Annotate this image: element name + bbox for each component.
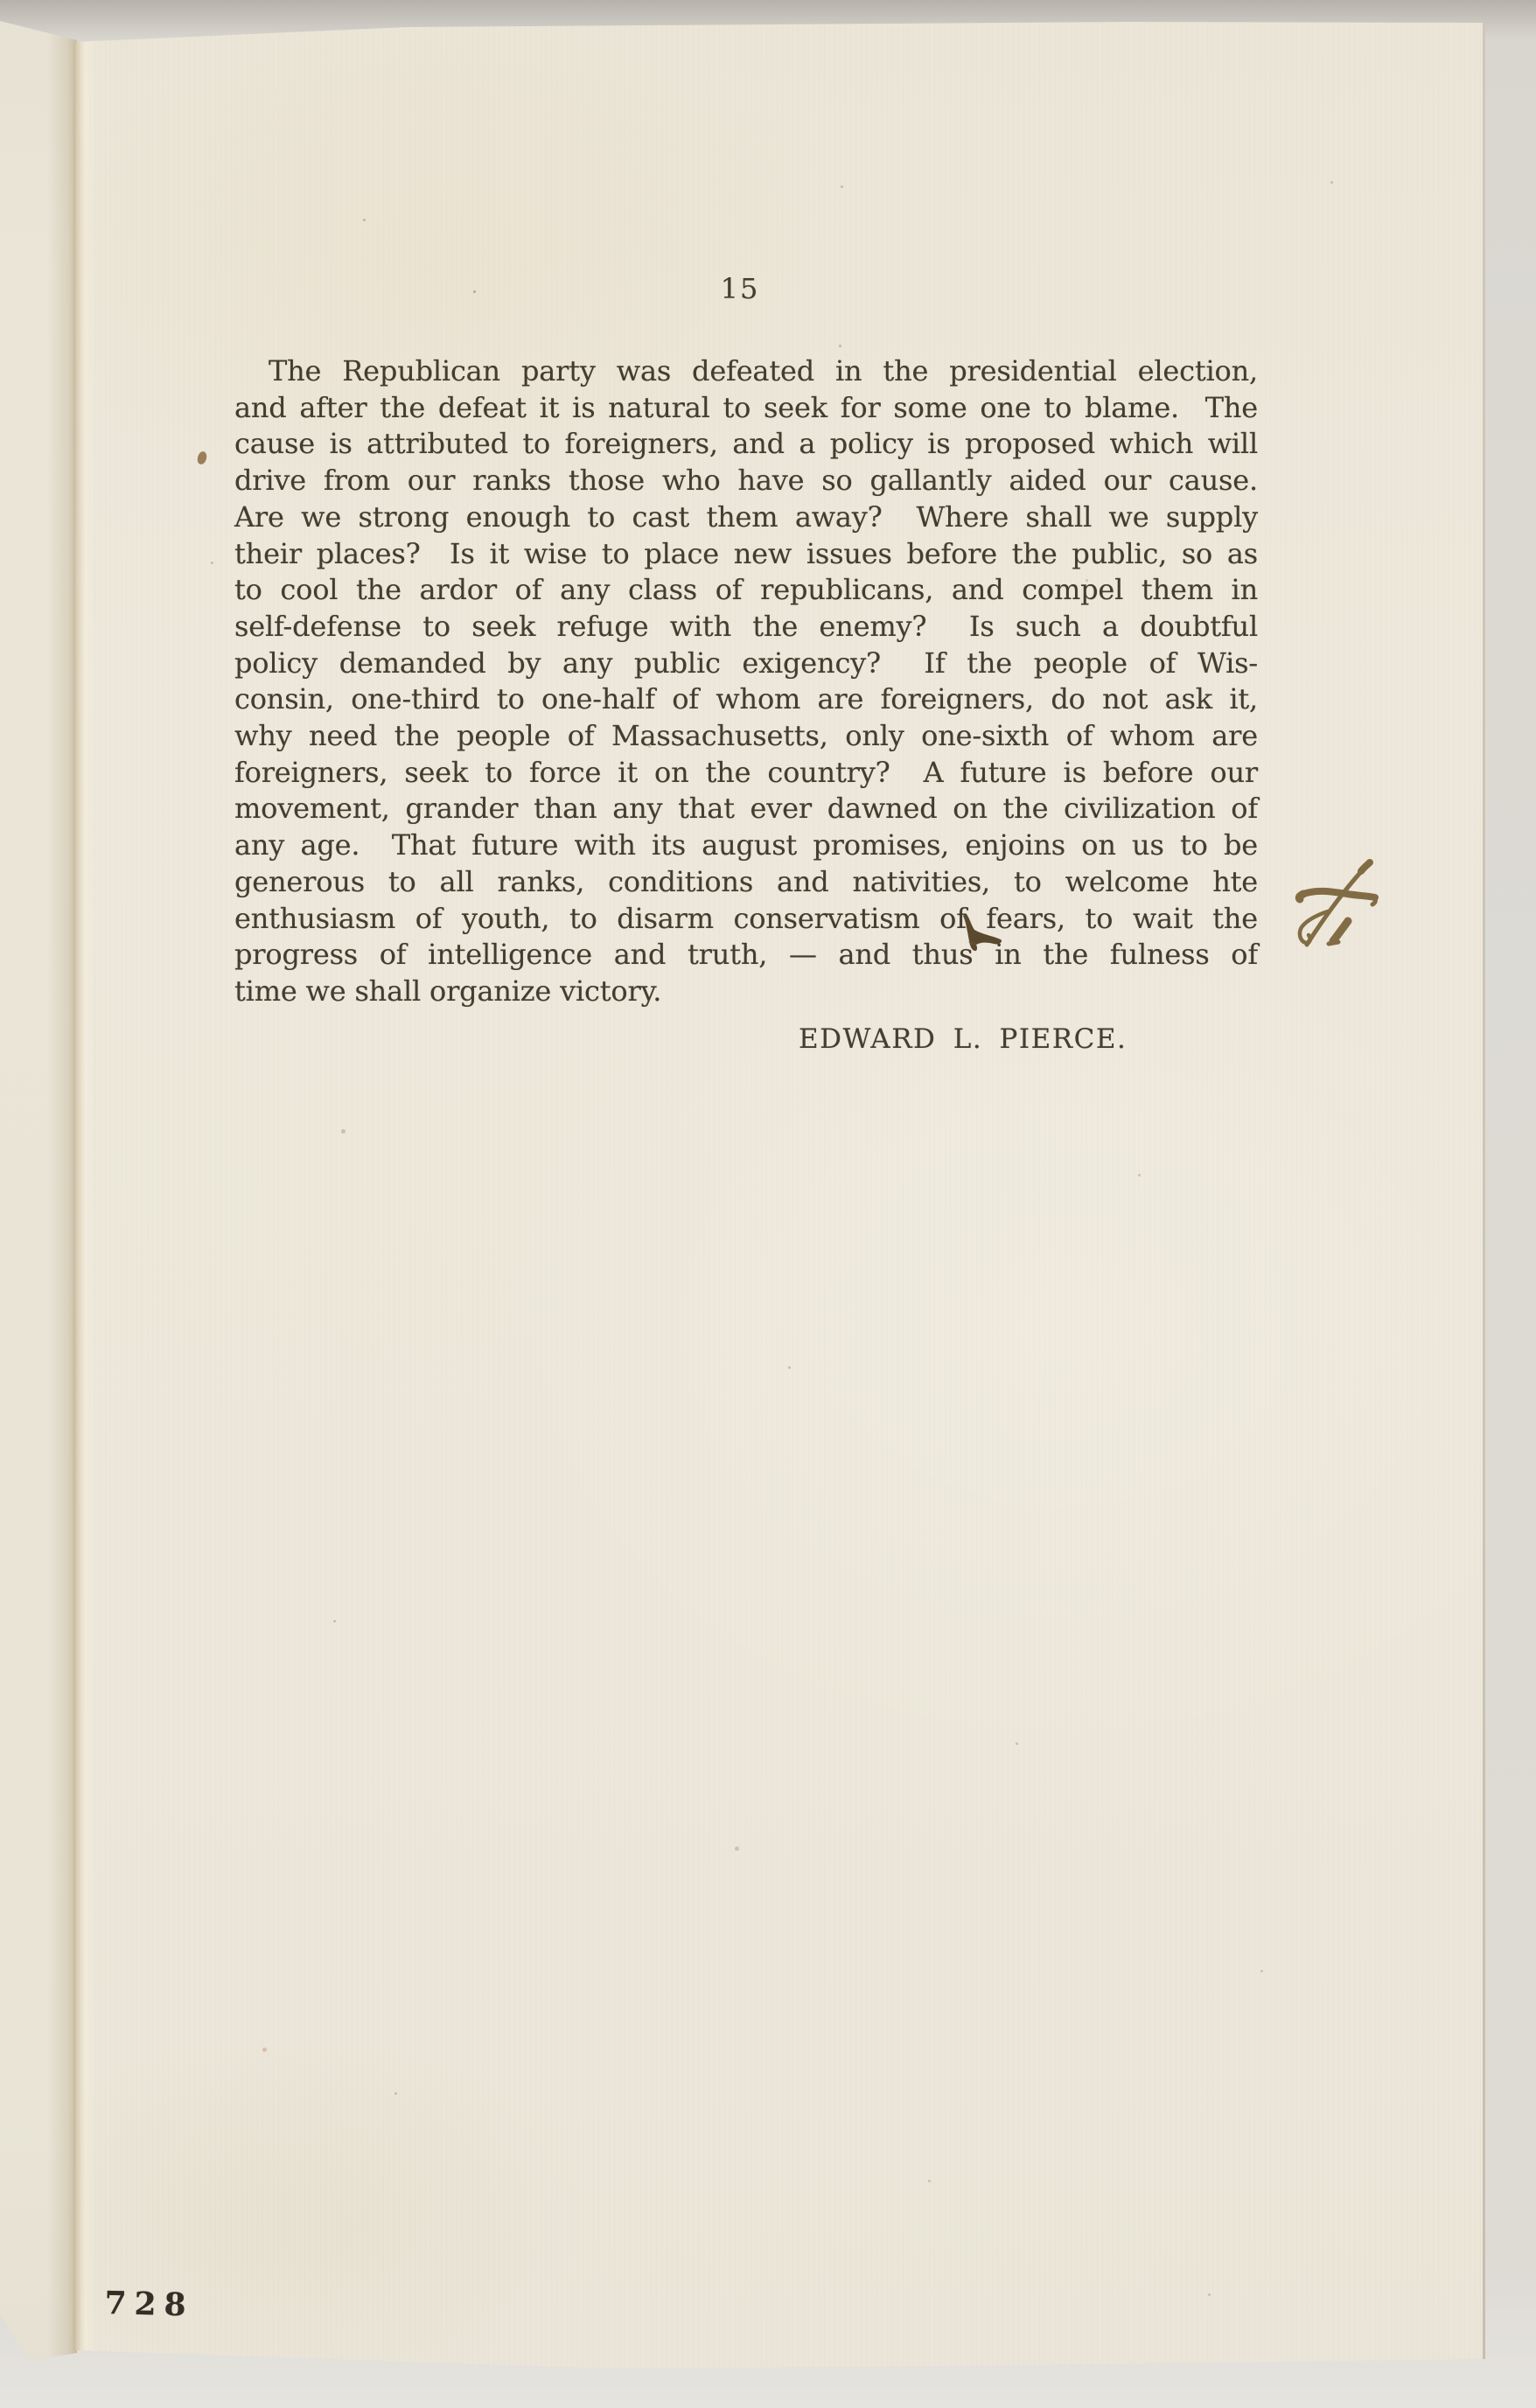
ink-blot bbox=[958, 913, 1007, 953]
text-line: time we shall organize victory. bbox=[234, 974, 1258, 1010]
text-line: to cool the ardor of any class of republ… bbox=[234, 572, 1258, 609]
text-line: consin, one-third to one-half of whom ar… bbox=[234, 681, 1258, 718]
text-line: cause is attributed to foreigners, and a… bbox=[234, 426, 1258, 463]
text-line: progress of intelligence and truth, — an… bbox=[234, 937, 1258, 974]
fold-shadow bbox=[47, 0, 77, 2408]
body-paragraph: The Republican party was defeated in the… bbox=[234, 353, 1258, 1010]
handwritten-mark bbox=[1293, 857, 1384, 950]
adjacent-page-edge bbox=[0, 0, 77, 2408]
text-line: and after the defeat it is natural to se… bbox=[234, 390, 1258, 427]
text-line: self-defense to seek refuge with the ene… bbox=[234, 609, 1258, 646]
text-line: generous to all ranks, conditions and na… bbox=[234, 864, 1258, 901]
gutter-crease bbox=[73, 0, 110, 2408]
text-line: The Republican party was defeated in the… bbox=[234, 353, 1258, 390]
text-line: drive from our ranks those who have so g… bbox=[234, 463, 1258, 499]
page-number: 15 bbox=[713, 275, 767, 303]
scan-background: 15 The Republican party was defeated in … bbox=[0, 0, 1536, 2408]
archive-number: 728 bbox=[104, 2286, 194, 2322]
text-line: why need the people of Massachusetts, on… bbox=[234, 718, 1258, 755]
paper-specks bbox=[473, 290, 476, 293]
author-signature: EDWARD L. PIERCE. bbox=[799, 1022, 1127, 1057]
text-line: their places? Is it wise to place new is… bbox=[234, 536, 1258, 573]
text-line: enthusiasm of youth, to disarm conservat… bbox=[234, 901, 1258, 938]
text-line: policy demanded by any public exigency? … bbox=[234, 646, 1258, 682]
text-line: any age. That future with its august pro… bbox=[234, 827, 1258, 864]
page-right-edge bbox=[1483, 23, 1485, 2366]
text-line: Are we strong enough to cast them away? … bbox=[234, 499, 1258, 536]
text-line: foreigners, seek to force it on the coun… bbox=[234, 755, 1258, 792]
text-line: movement, grander than any that ever daw… bbox=[234, 791, 1258, 827]
